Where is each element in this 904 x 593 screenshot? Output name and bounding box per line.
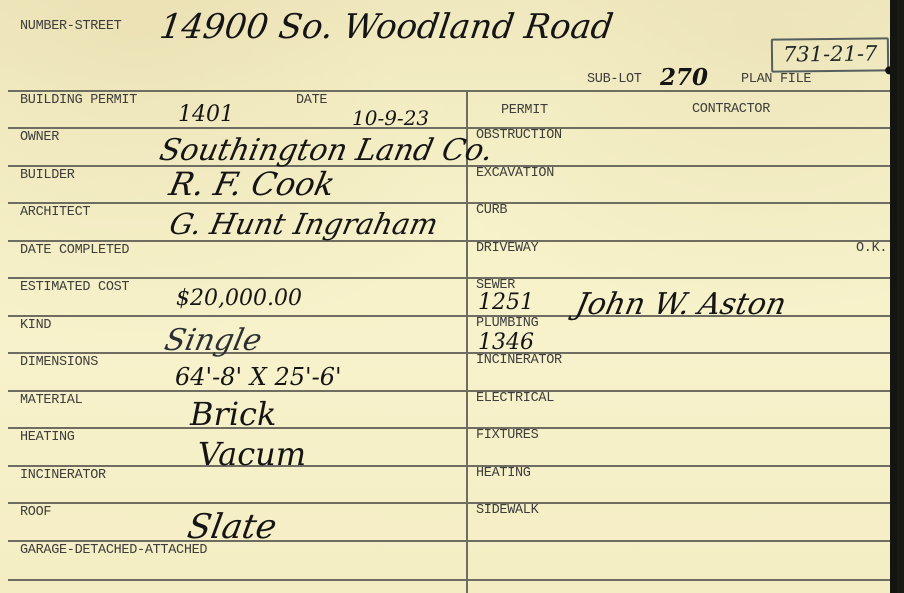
sub-lot-label: SUB-LOT [587, 73, 642, 87]
rule-line [8, 90, 897, 92]
permit-card: NUMBER-STREET 14900 So. Woodland Road 73… [0, 0, 897, 593]
obstruction-label: OBSTRUCTION [476, 129, 562, 143]
sewer-permit-value: 1251 [478, 292, 534, 314]
rule-line [8, 540, 897, 542]
roof-value: Slate [185, 510, 279, 544]
heating-value: Vacum [198, 438, 306, 470]
rule-line [8, 277, 897, 279]
rule-line [8, 127, 897, 129]
architect-label: ARCHITECT [20, 206, 90, 220]
driveway-label: DRIVEWAY [476, 242, 538, 256]
rule-line [8, 390, 897, 392]
rule-line [8, 579, 897, 581]
estimated-cost-label: ESTIMATED COST [20, 281, 129, 295]
dimensions-value: 64'-8' X 25'-6' [175, 365, 342, 389]
incinerator-permit-label: INCINERATOR [476, 354, 562, 368]
fixtures-label: FIXTURES [476, 429, 538, 443]
plumbing-permit-value: 1346 [478, 332, 534, 354]
sewer-contractor-value: John W. Aston [573, 290, 789, 320]
permit-column-header: PERMIT [501, 104, 548, 118]
sidewalk-label: SIDEWALK [476, 504, 538, 518]
heating-permit-label: HEATING [476, 467, 531, 481]
number-street-label: NUMBER-STREET [20, 20, 121, 34]
curb-label: CURB [476, 204, 507, 218]
rule-line [8, 352, 897, 354]
rule-line [8, 202, 897, 204]
material-value: Brick [190, 398, 276, 430]
plan-file-number: 731-21-7 [783, 44, 878, 66]
plan-file-label: PLAN FILE [741, 73, 811, 87]
dimensions-label: DIMENSIONS [20, 356, 98, 370]
date-label: DATE [296, 94, 327, 108]
plumbing-label: PLUMBING [476, 317, 538, 331]
contractor-column-header: CONTRACTOR [692, 103, 770, 117]
date-value: 10-9-23 [352, 108, 429, 128]
building-permit-value: 1401 [178, 104, 234, 126]
estimated-cost-value: $20,000.00 [176, 288, 302, 310]
number-street-value: 14900 So. Woodland Road [158, 10, 616, 44]
sub-lot-value: 270 [660, 66, 708, 89]
building-permit-label: BUILDING PERMIT [20, 94, 137, 108]
architect-value: G. Hunt Ingraham [167, 210, 441, 239]
garage-label: GARAGE-DETACHED-ATTACHED [20, 544, 207, 558]
driveway-note: O.K. [856, 242, 887, 256]
rule-line [8, 427, 897, 429]
date-completed-label: DATE COMPLETED [20, 244, 129, 258]
rule-line [8, 502, 897, 504]
electrical-label: ELECTRICAL [476, 392, 554, 406]
kind-value: Single [162, 326, 264, 356]
incinerator-label: INCINERATOR [20, 469, 106, 483]
card-edge [890, 0, 897, 593]
rule-line [8, 465, 897, 467]
heating-label: HEATING [20, 431, 75, 445]
owner-value: Southington Land Co. [157, 136, 496, 166]
owner-label: OWNER [20, 131, 59, 145]
roof-label: ROOF [20, 506, 51, 520]
builder-value: R. F. Cook [167, 168, 338, 200]
excavation-label: EXCAVATION [476, 167, 554, 181]
rule-line [8, 240, 897, 242]
kind-label: KIND [20, 319, 51, 333]
material-label: MATERIAL [20, 394, 82, 408]
plan-file-number-box: 731-21-7 [771, 37, 889, 72]
builder-label: BUILDER [20, 169, 75, 183]
